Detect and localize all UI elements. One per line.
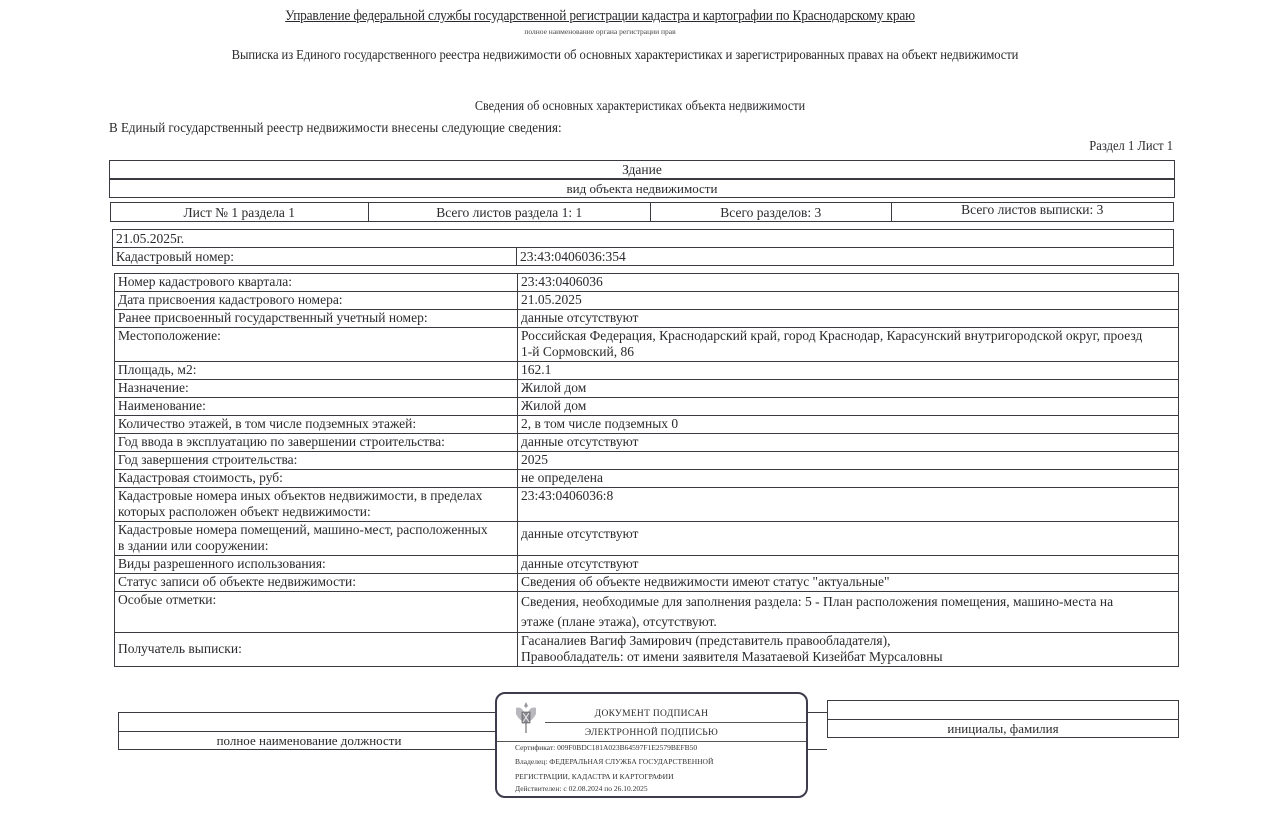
- table-row: Площадь, м2: 162.1: [115, 362, 1179, 380]
- special-notes-line-2: этаже (плане этажа), отсутствуют.: [521, 612, 1175, 632]
- stamp-certificate: Сертификат: 009F0BDC181A023B64597F1E2579…: [515, 743, 697, 752]
- row-value: данные отсутствуют: [518, 434, 1179, 452]
- row-label: Статус записи об объекте недвижимости:: [115, 574, 518, 592]
- row-value: 21.05.2025: [518, 292, 1179, 310]
- table-row: Местоположение: Российская Федерация, Кр…: [115, 328, 1179, 362]
- registration-authority-name: Управление федеральной службы государств…: [269, 8, 931, 25]
- section-sheet-label: Раздел 1 Лист 1: [1089, 138, 1173, 154]
- page-counters: Лист № 1 раздела 1 Всего листов раздела …: [110, 202, 1174, 222]
- extract-date: 21.05.2025г.: [113, 230, 1173, 248]
- sheets-in-section: Всего листов раздела 1: 1: [369, 203, 651, 221]
- row-value: Жилой дом: [518, 398, 1179, 416]
- characteristics-table: Номер кадастрового квартала: 23:43:04060…: [114, 273, 1179, 667]
- cadastral-number-label: Кадастровый номер:: [116, 248, 234, 266]
- table-row: Кадастровые номера помещений, машино-мес…: [115, 522, 1179, 556]
- table-row: Год ввода в эксплуатацию по завершении с…: [115, 434, 1179, 452]
- name-box: инициалы, фамилия: [827, 700, 1179, 738]
- table-row: Назначение: Жилой дом: [115, 380, 1179, 398]
- row-label: Кадастровые номера иных объектов недвижи…: [115, 488, 518, 522]
- row-label: Год ввода в эксплуатацию по завершении с…: [115, 434, 518, 452]
- table-row: Виды разрешенного использования: данные …: [115, 556, 1179, 574]
- stamp-owner-line-2: РЕГИСТРАЦИИ, КАДАСТРА И КАРТОГРАФИИ: [515, 772, 674, 781]
- row-label: Получатель выписки:: [115, 633, 518, 667]
- position-field: [119, 713, 499, 732]
- stamp-title-line-2: ЭЛЕКТРОННОЙ ПОДПИСЬЮ: [497, 728, 806, 738]
- row-value: 162.1: [518, 362, 1179, 380]
- object-type: Здание: [110, 162, 1174, 177]
- table-row: Дата присвоения кадастрового номера: 21.…: [115, 292, 1179, 310]
- row-value: Российская Федерация, Краснодарский край…: [518, 328, 1179, 362]
- section-title: Сведения об основных характеристиках объ…: [154, 98, 1126, 114]
- date-cadastral-box: 21.05.2025г. Кадастровый номер: 23:43:04…: [112, 229, 1174, 266]
- stamp-divider: [497, 741, 806, 742]
- row-label: Особые отметки:: [115, 592, 518, 633]
- row-value: 23:43:0406036: [518, 274, 1179, 292]
- stamp-owner: Владелец: ФЕДЕРАЛЬНАЯ СЛУЖБА ГОСУДАРСТВЕ…: [515, 757, 713, 766]
- row-label: Номер кадастрового квартала:: [115, 274, 518, 292]
- row-label: Ранее присвоенный государственный учетны…: [115, 310, 518, 328]
- row-label: Местоположение:: [115, 328, 518, 362]
- table-row: Наименование: Жилой дом: [115, 398, 1179, 416]
- row-value: 2, в том числе подземных 0: [518, 416, 1179, 434]
- row-label: Наименование:: [115, 398, 518, 416]
- row-value: данные отсутствуют: [518, 522, 1179, 556]
- row-label: Виды разрешенного использования:: [115, 556, 518, 574]
- name-caption: инициалы, фамилия: [828, 720, 1178, 738]
- table-row: Год завершения строительства: 2025: [115, 452, 1179, 470]
- total-sections: Всего разделов: 3: [651, 203, 892, 221]
- recipient-line-2: Правообладатель: от имени заявителя Маза…: [521, 649, 1175, 665]
- row-value: 2025: [518, 452, 1179, 470]
- intro-text: В Единый государственный реестр недвижим…: [109, 121, 562, 137]
- stamp-title-line-1: ДОКУМЕНТ ПОДПИСАН: [497, 709, 806, 719]
- table-row: Кадастровые номера иных объектов недвижи…: [115, 488, 1179, 522]
- electronic-signature-stamp: ДОКУМЕНТ ПОДПИСАН ЭЛЕКТРОННОЙ ПОДПИСЬЮ С…: [495, 692, 808, 798]
- object-type-caption-box: вид объекта недвижимости: [109, 179, 1175, 198]
- row-label: Количество этажей, в том числе подземных…: [115, 416, 518, 434]
- location-line-2: 1-й Сормовский, 86: [521, 344, 1175, 360]
- special-notes-line-1: Сведения, необходимые для заполнения раз…: [521, 592, 1175, 612]
- row-label: Кадастровая стоимость, руб:: [115, 470, 518, 488]
- row-value: 23:43:0406036:8: [518, 488, 1179, 522]
- table-row: Особые отметки: Сведения, необходимые дл…: [115, 592, 1179, 633]
- row-label: Дата присвоения кадастрового номера:: [115, 292, 518, 310]
- location-line-1: Российская Федерация, Краснодарский край…: [521, 328, 1175, 344]
- row-value: данные отсутствуют: [518, 310, 1179, 328]
- row-value: данные отсутствуют: [518, 556, 1179, 574]
- row-label-line-1: Кадастровые номера помещений, машино-мес…: [118, 522, 514, 538]
- cadastral-number-value: 23:43:0406036:354: [516, 248, 626, 266]
- cadastral-number-row: Кадастровый номер: 23:43:0406036:354: [113, 248, 1173, 266]
- row-value: Сведения об объекте недвижимости имеют с…: [518, 574, 1179, 592]
- position-box: полное наименование должности: [118, 712, 500, 750]
- row-value: Гасаналиев Вагиф Замирович (представител…: [518, 633, 1179, 667]
- row-value: не определена: [518, 470, 1179, 488]
- row-label: Кадастровые номера помещений, машино-мес…: [115, 522, 518, 556]
- sheet-number: Лист № 1 раздела 1: [111, 203, 369, 221]
- recipient-line-1: Гасаналиев Вагиф Замирович (представител…: [521, 633, 1175, 649]
- table-row: Статус записи об объекте недвижимости: С…: [115, 574, 1179, 592]
- row-value: Сведения, необходимые для заполнения раз…: [518, 592, 1179, 633]
- row-label-line-1: Кадастровые номера иных объектов недвижи…: [118, 488, 514, 504]
- row-label-line-2: в здании или сооружении:: [118, 538, 514, 554]
- table-row: Количество этажей, в том числе подземных…: [115, 416, 1179, 434]
- table-row: Номер кадастрового квартала: 23:43:04060…: [115, 274, 1179, 292]
- table-row: Кадастровая стоимость, руб: не определен…: [115, 470, 1179, 488]
- object-type-caption: вид объекта недвижимости: [110, 181, 1174, 196]
- row-label: Назначение:: [115, 380, 518, 398]
- position-caption: полное наименование должности: [119, 732, 499, 750]
- row-label: Площадь, м2:: [115, 362, 518, 380]
- stamp-validity: Действителен: с 02.08.2024 по 26.10.2025: [515, 784, 648, 793]
- registration-authority-caption: полное наименование органа регистрации п…: [240, 27, 960, 36]
- row-label: Год завершения строительства:: [115, 452, 518, 470]
- name-field: [828, 701, 1178, 720]
- row-value: Жилой дом: [518, 380, 1179, 398]
- table-row: Ранее присвоенный государственный учетны…: [115, 310, 1179, 328]
- object-type-box: Здание: [109, 160, 1175, 179]
- row-label-line-2: которых расположен объект недвижимости:: [118, 504, 514, 520]
- total-sheets: Всего листов выписки: 3: [892, 203, 1173, 221]
- table-row: Получатель выписки: Гасаналиев Вагиф Зам…: [115, 633, 1179, 667]
- extract-title: Выписка из Единого государственного реес…: [153, 48, 1098, 64]
- stamp-divider: [545, 722, 806, 723]
